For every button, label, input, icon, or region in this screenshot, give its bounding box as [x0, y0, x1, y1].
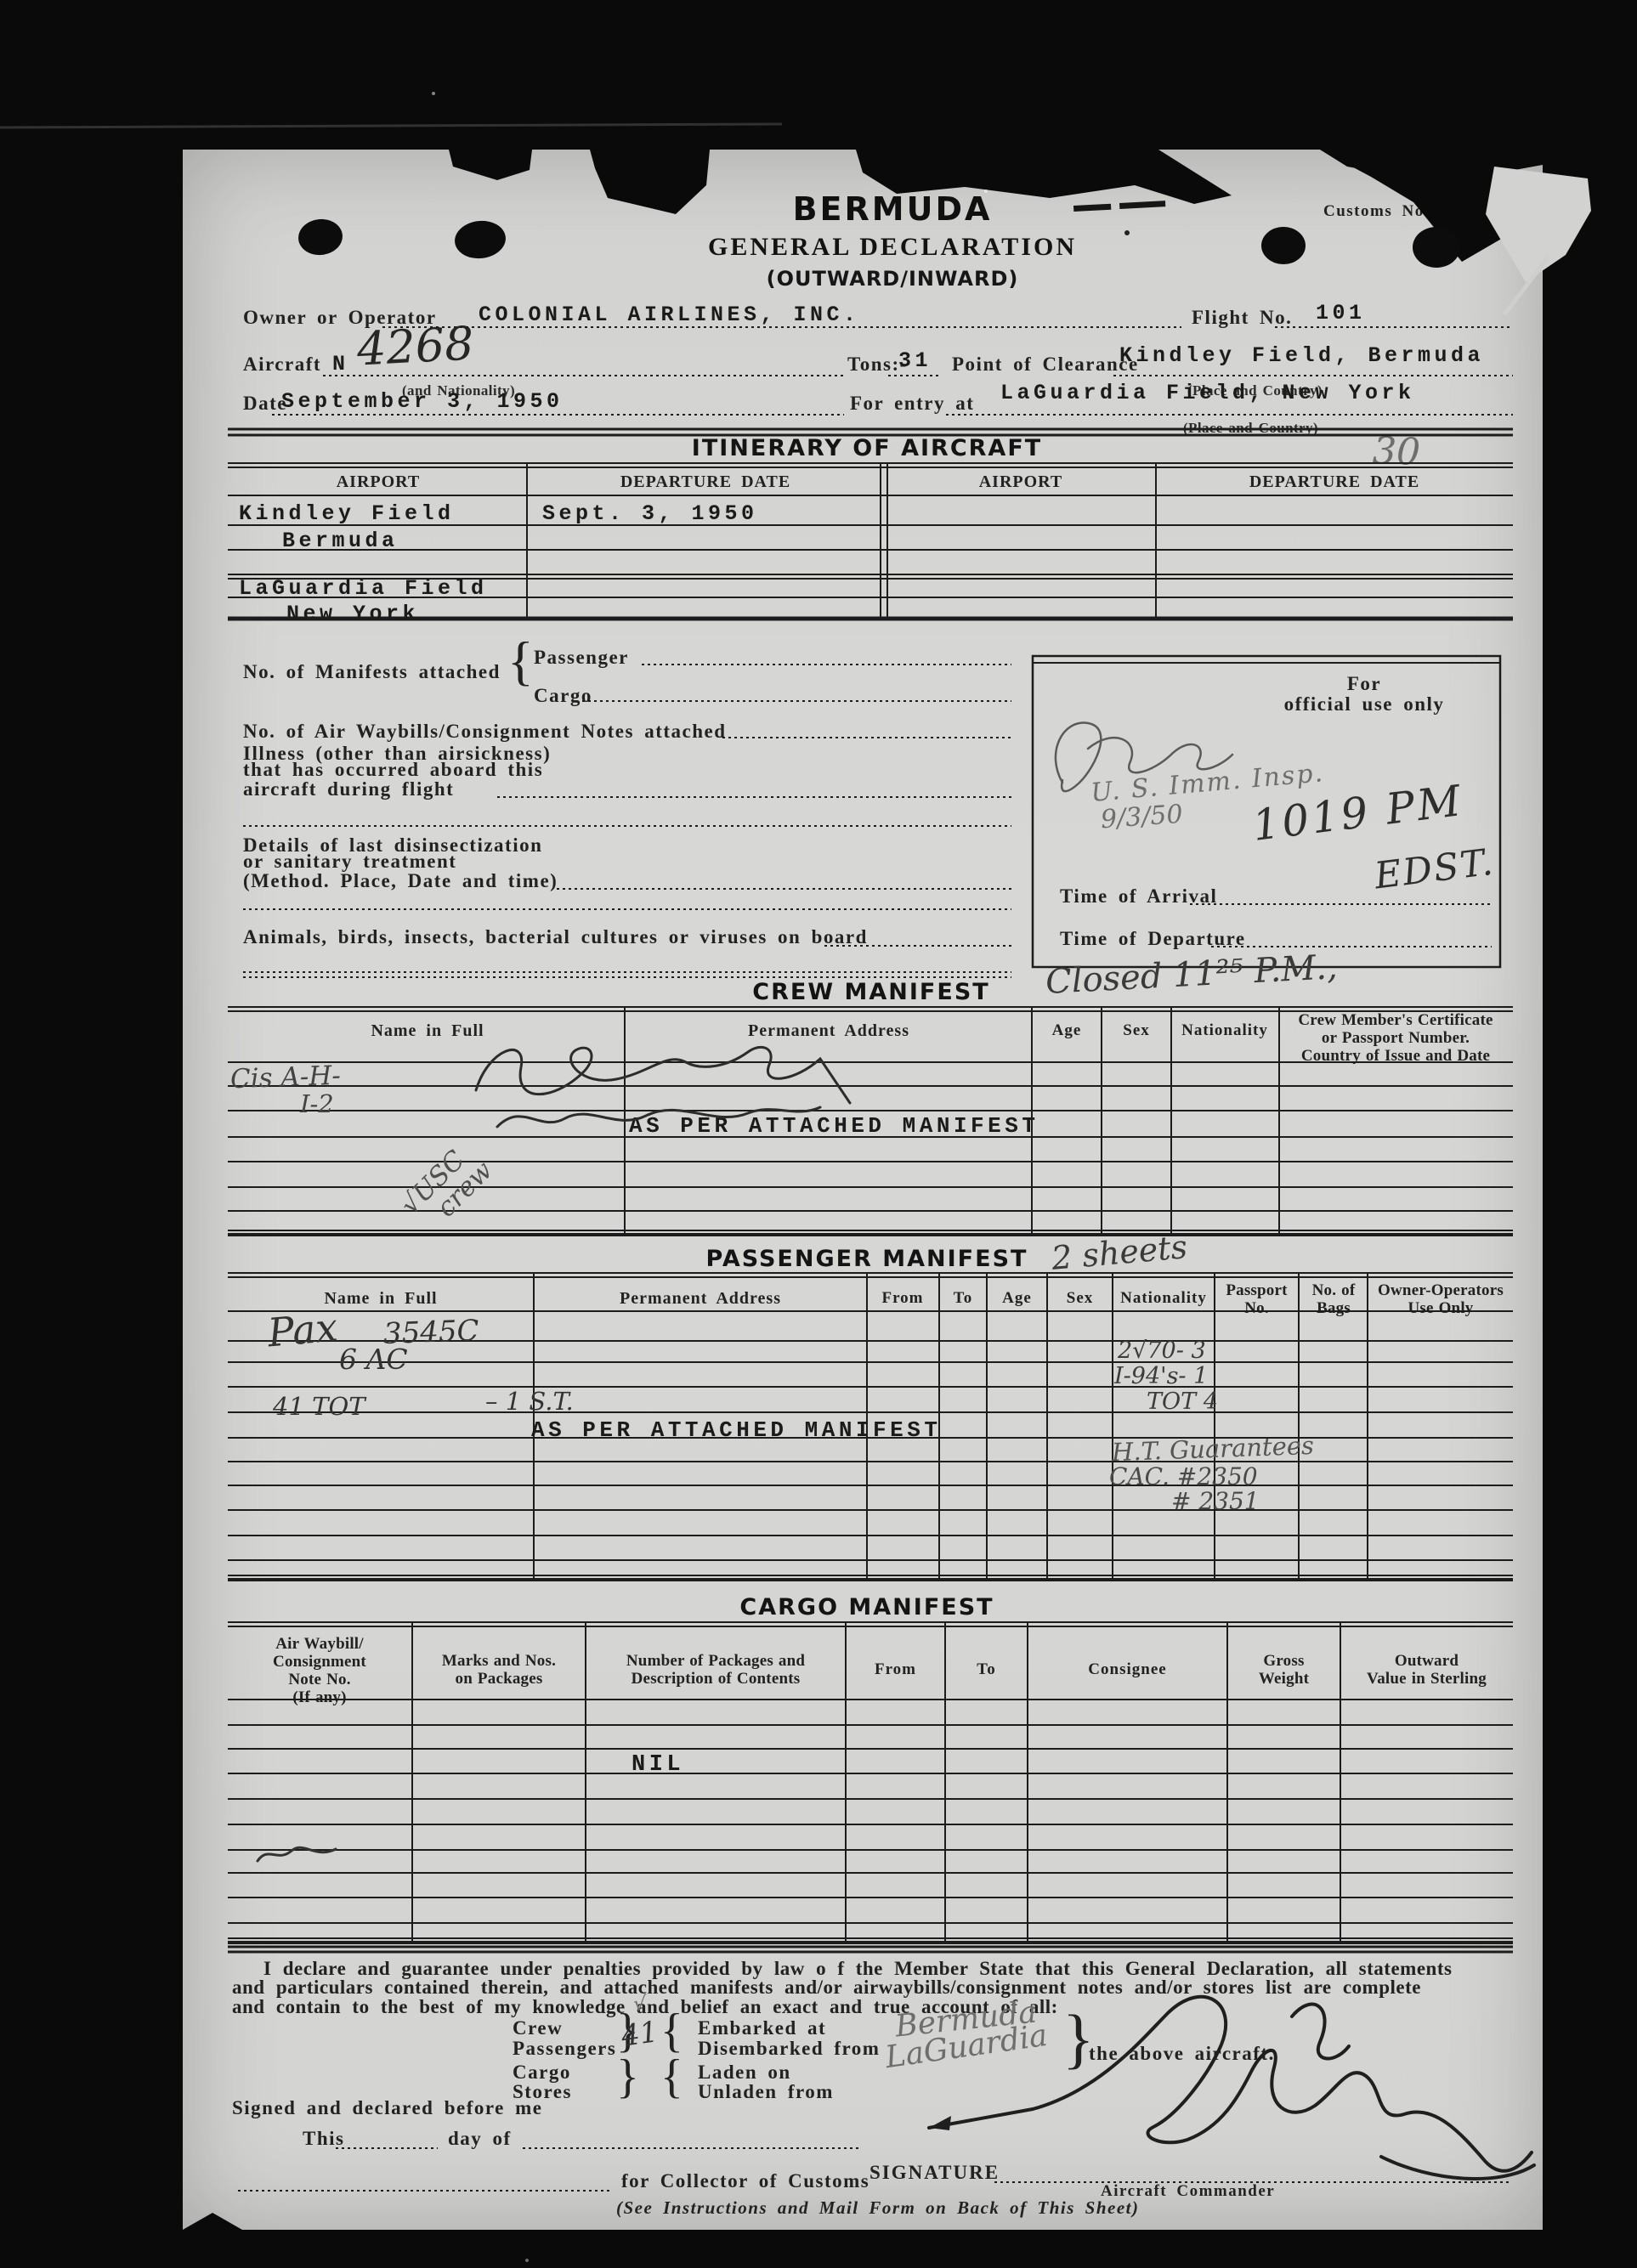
tally2-handwritten: I-94's- 1 — [1114, 1363, 1208, 1389]
tally6-handwritten: # 2351 — [1171, 1487, 1260, 1515]
crew-annotation-2-handwritten: I-2 — [300, 1089, 334, 1118]
pax-st-handwritten: – 1 S.T. — [485, 1387, 574, 1416]
inspector-signature — [1037, 702, 1249, 804]
pax-handwritten: Pax — [266, 1304, 340, 1356]
pax-count2-handwritten: 6 AC — [339, 1343, 408, 1376]
pax-total-handwritten: 41 TOT — [273, 1392, 365, 1421]
territory-title: BERMUDA — [680, 190, 1105, 228]
crew-signatures — [463, 1027, 905, 1145]
scanned-document-canvas: { "colors": {"paper":"#d5d5d3","ink":"#1… — [0, 0, 1637, 2268]
cargo-pen-mark — [251, 1839, 344, 1869]
cargo-nil-value: NIL — [632, 1752, 684, 1778]
passenger-typed-note: AS PER ATTACHED MANIFEST — [531, 1417, 941, 1443]
declaration-count-handwritten: 41 — [619, 2015, 660, 2054]
scan-artifacts-layer — [183, 150, 1543, 2230]
document-page: Customs No. 1-A. BERMUDA GENERAL DECLARA… — [183, 150, 1543, 2230]
commander-signature — [905, 1985, 1560, 2197]
tally3-handwritten: TOT 4 — [1147, 1389, 1218, 1415]
tally1-handwritten: 2√70- 3 — [1118, 1338, 1206, 1364]
